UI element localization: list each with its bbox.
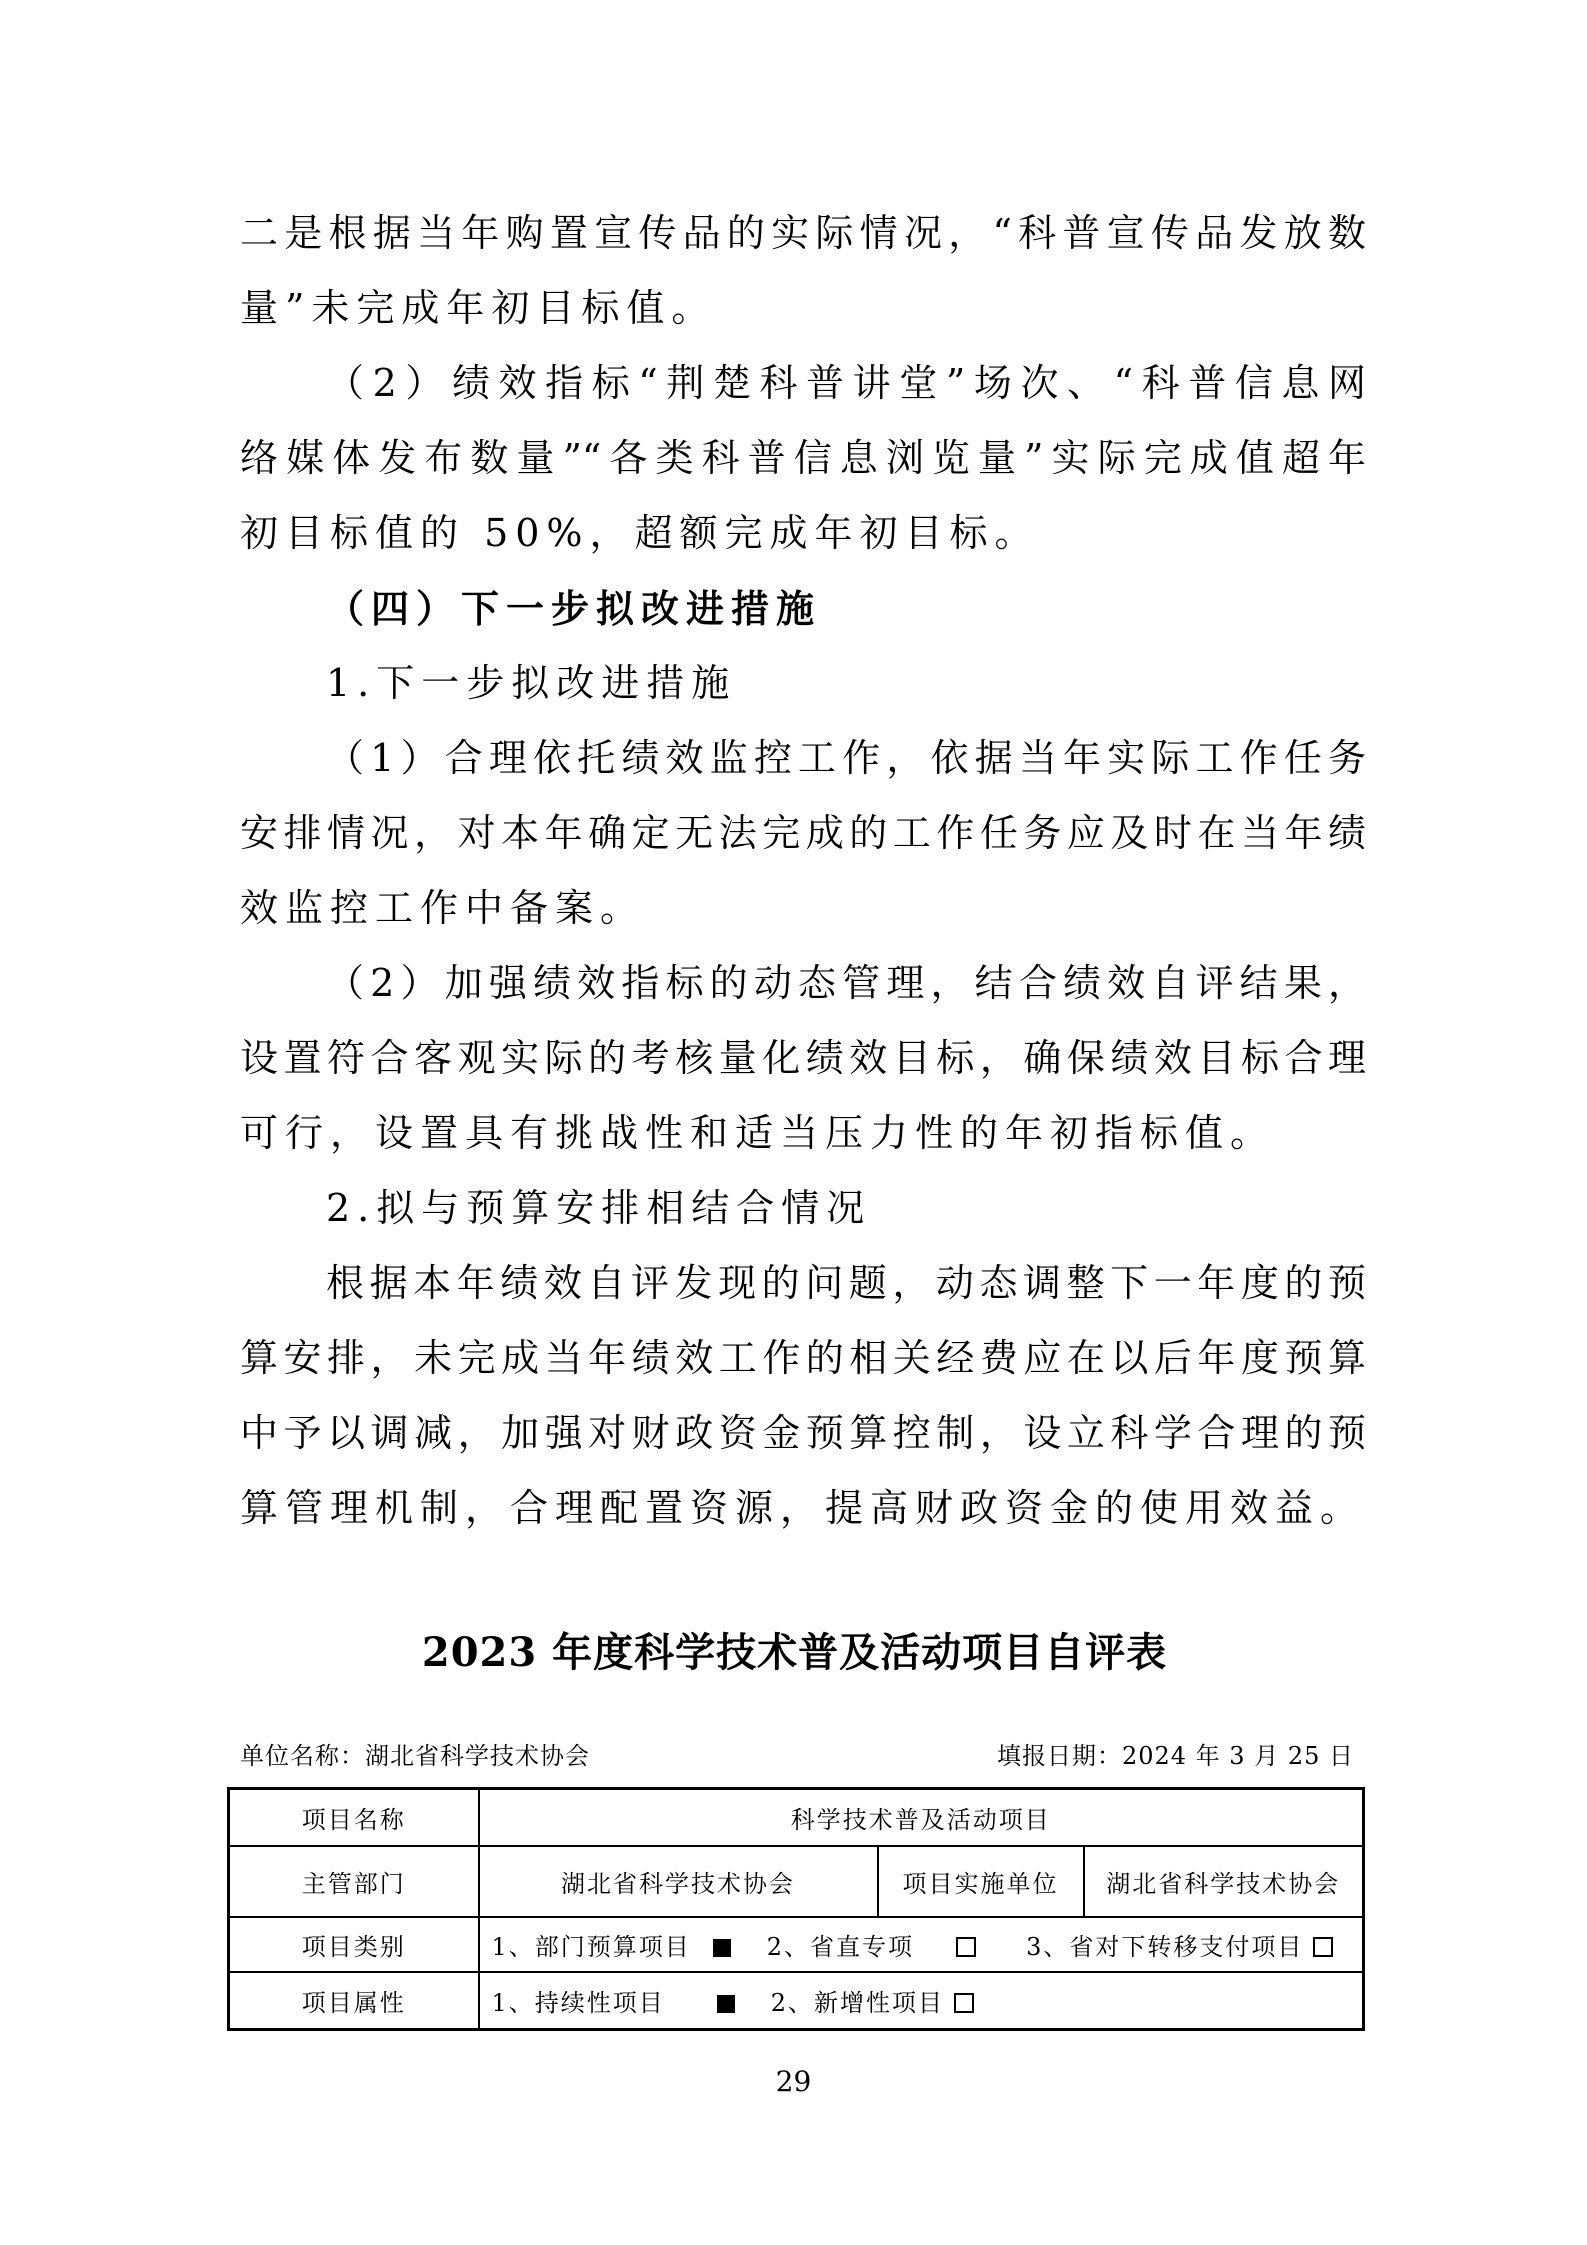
category-options: 1、部门预算项目2、省直专项3、省对下转移支付项目 (479, 1917, 1364, 1972)
body-line: 中予以调减，加强对财政资金预算控制，设立科学合理的预 (240, 1396, 1366, 1471)
body-line: 安排情况，对本年确定无法完成的工作任务应及时在当年绩 (240, 796, 1366, 871)
checkbox-unchecked-icon (1313, 1937, 1333, 1957)
attribute-options: 1、持续性项目2、新增性项目 (479, 1972, 1364, 2030)
attribute-option-label: 2、新增性项目 (771, 1989, 944, 2017)
page-number: 29 (0, 2062, 1587, 2102)
checkbox-checked-icon (713, 1939, 731, 1957)
category-label: 项目类别 (229, 1917, 479, 1972)
self-evaluation-table: 项目名称 科学技术普及活动项目 主管部门 湖北省科学技术协会 项目实施单位 湖北… (227, 1787, 1365, 2031)
table-row: 项目类别 1、部门预算项目2、省直专项3、省对下转移支付项目 (229, 1917, 1364, 1972)
project-name-value: 科学技术普及活动项目 (479, 1789, 1364, 1846)
body-line: （2）绩效指标“荆楚科普讲堂”场次、“科普信息网 (240, 346, 1366, 421)
body-line: 初目标值的 50%，超额完成年初目标。 (240, 496, 1366, 571)
body-line: （1）合理依托绩效监控工作，依据当年实际工作任务 (240, 721, 1366, 796)
body-line: （2）加强绩效指标的动态管理，结合绩效自评结果， (240, 946, 1366, 1021)
body-line: 络媒体发布数量”“各类科普信息浏览量”实际完成值超年 (240, 421, 1366, 496)
category-option-label: 1、部门预算项目 (492, 1933, 691, 1961)
body-line: 1.下一步拟改进措施 (240, 646, 1366, 721)
body-line: 2.拟与预算安排相结合情况 (240, 1171, 1366, 1246)
table-title: 2023 年度科学技术普及活动项目自评表 (227, 1618, 1362, 1688)
impl-unit-value: 湖北省科学技术协会 (1084, 1846, 1364, 1917)
body-line: 二是根据当年购置宣传品的实际情况，“科普宣传品发放数 (240, 196, 1366, 271)
checkbox-unchecked-icon (954, 1993, 974, 2013)
category-option-label: 2、省直专项 (767, 1933, 914, 1961)
body-line: 根据本年绩效自评发现的问题，动态调整下一年度的预 (240, 1246, 1366, 1321)
body-line: 可行，设置具有挑战性和适当压力性的年初指标值。 (240, 1096, 1366, 1171)
section-heading: （四）下一步拟改进措施 (240, 571, 1366, 646)
checkbox-unchecked-icon (956, 1937, 976, 1957)
checkbox-checked-icon (717, 1995, 735, 2013)
dept-label: 主管部门 (229, 1846, 479, 1917)
body-line: 量”未完成年初目标值。 (240, 271, 1366, 346)
unit-name-label: 单位名称：湖北省科学技术协会 (240, 1736, 590, 1776)
dept-value: 湖北省科学技术协会 (479, 1846, 878, 1917)
attribute-label: 项目属性 (229, 1972, 479, 2030)
table-row: 项目名称 科学技术普及活动项目 (229, 1789, 1364, 1846)
table-row: 项目属性 1、持续性项目2、新增性项目 (229, 1972, 1364, 2030)
body-line: 算管理机制，合理配置资源，提高财政资金的使用效益。 (240, 1471, 1366, 1546)
report-date-label: 填报日期：2024 年 3 月 25 日 (997, 1736, 1354, 1776)
body-line: 设置符合客观实际的考核量化绩效目标，确保绩效目标合理 (240, 1021, 1366, 1096)
table-row: 主管部门 湖北省科学技术协会 项目实施单位 湖北省科学技术协会 (229, 1846, 1364, 1917)
body-line: 效监控工作中备案。 (240, 871, 1366, 946)
category-option-label: 3、省对下转移支付项目 (1026, 1933, 1303, 1961)
table-caption: 单位名称：湖北省科学技术协会 填报日期：2024 年 3 月 25 日 (227, 1736, 1362, 1776)
document-page: 二是根据当年购置宣传品的实际情况，“科普宣传品发放数 量”未完成年初目标值。 （… (0, 0, 1587, 2245)
attribute-option-label: 1、持续性项目 (492, 1989, 665, 2017)
body-line: 算安排，未完成当年绩效工作的相关经费应在以后年度预算 (240, 1321, 1366, 1396)
project-name-label: 项目名称 (229, 1789, 479, 1846)
impl-unit-label: 项目实施单位 (878, 1846, 1084, 1917)
body-text-block: 二是根据当年购置宣传品的实际情况，“科普宣传品发放数 量”未完成年初目标值。 （… (240, 196, 1366, 1546)
